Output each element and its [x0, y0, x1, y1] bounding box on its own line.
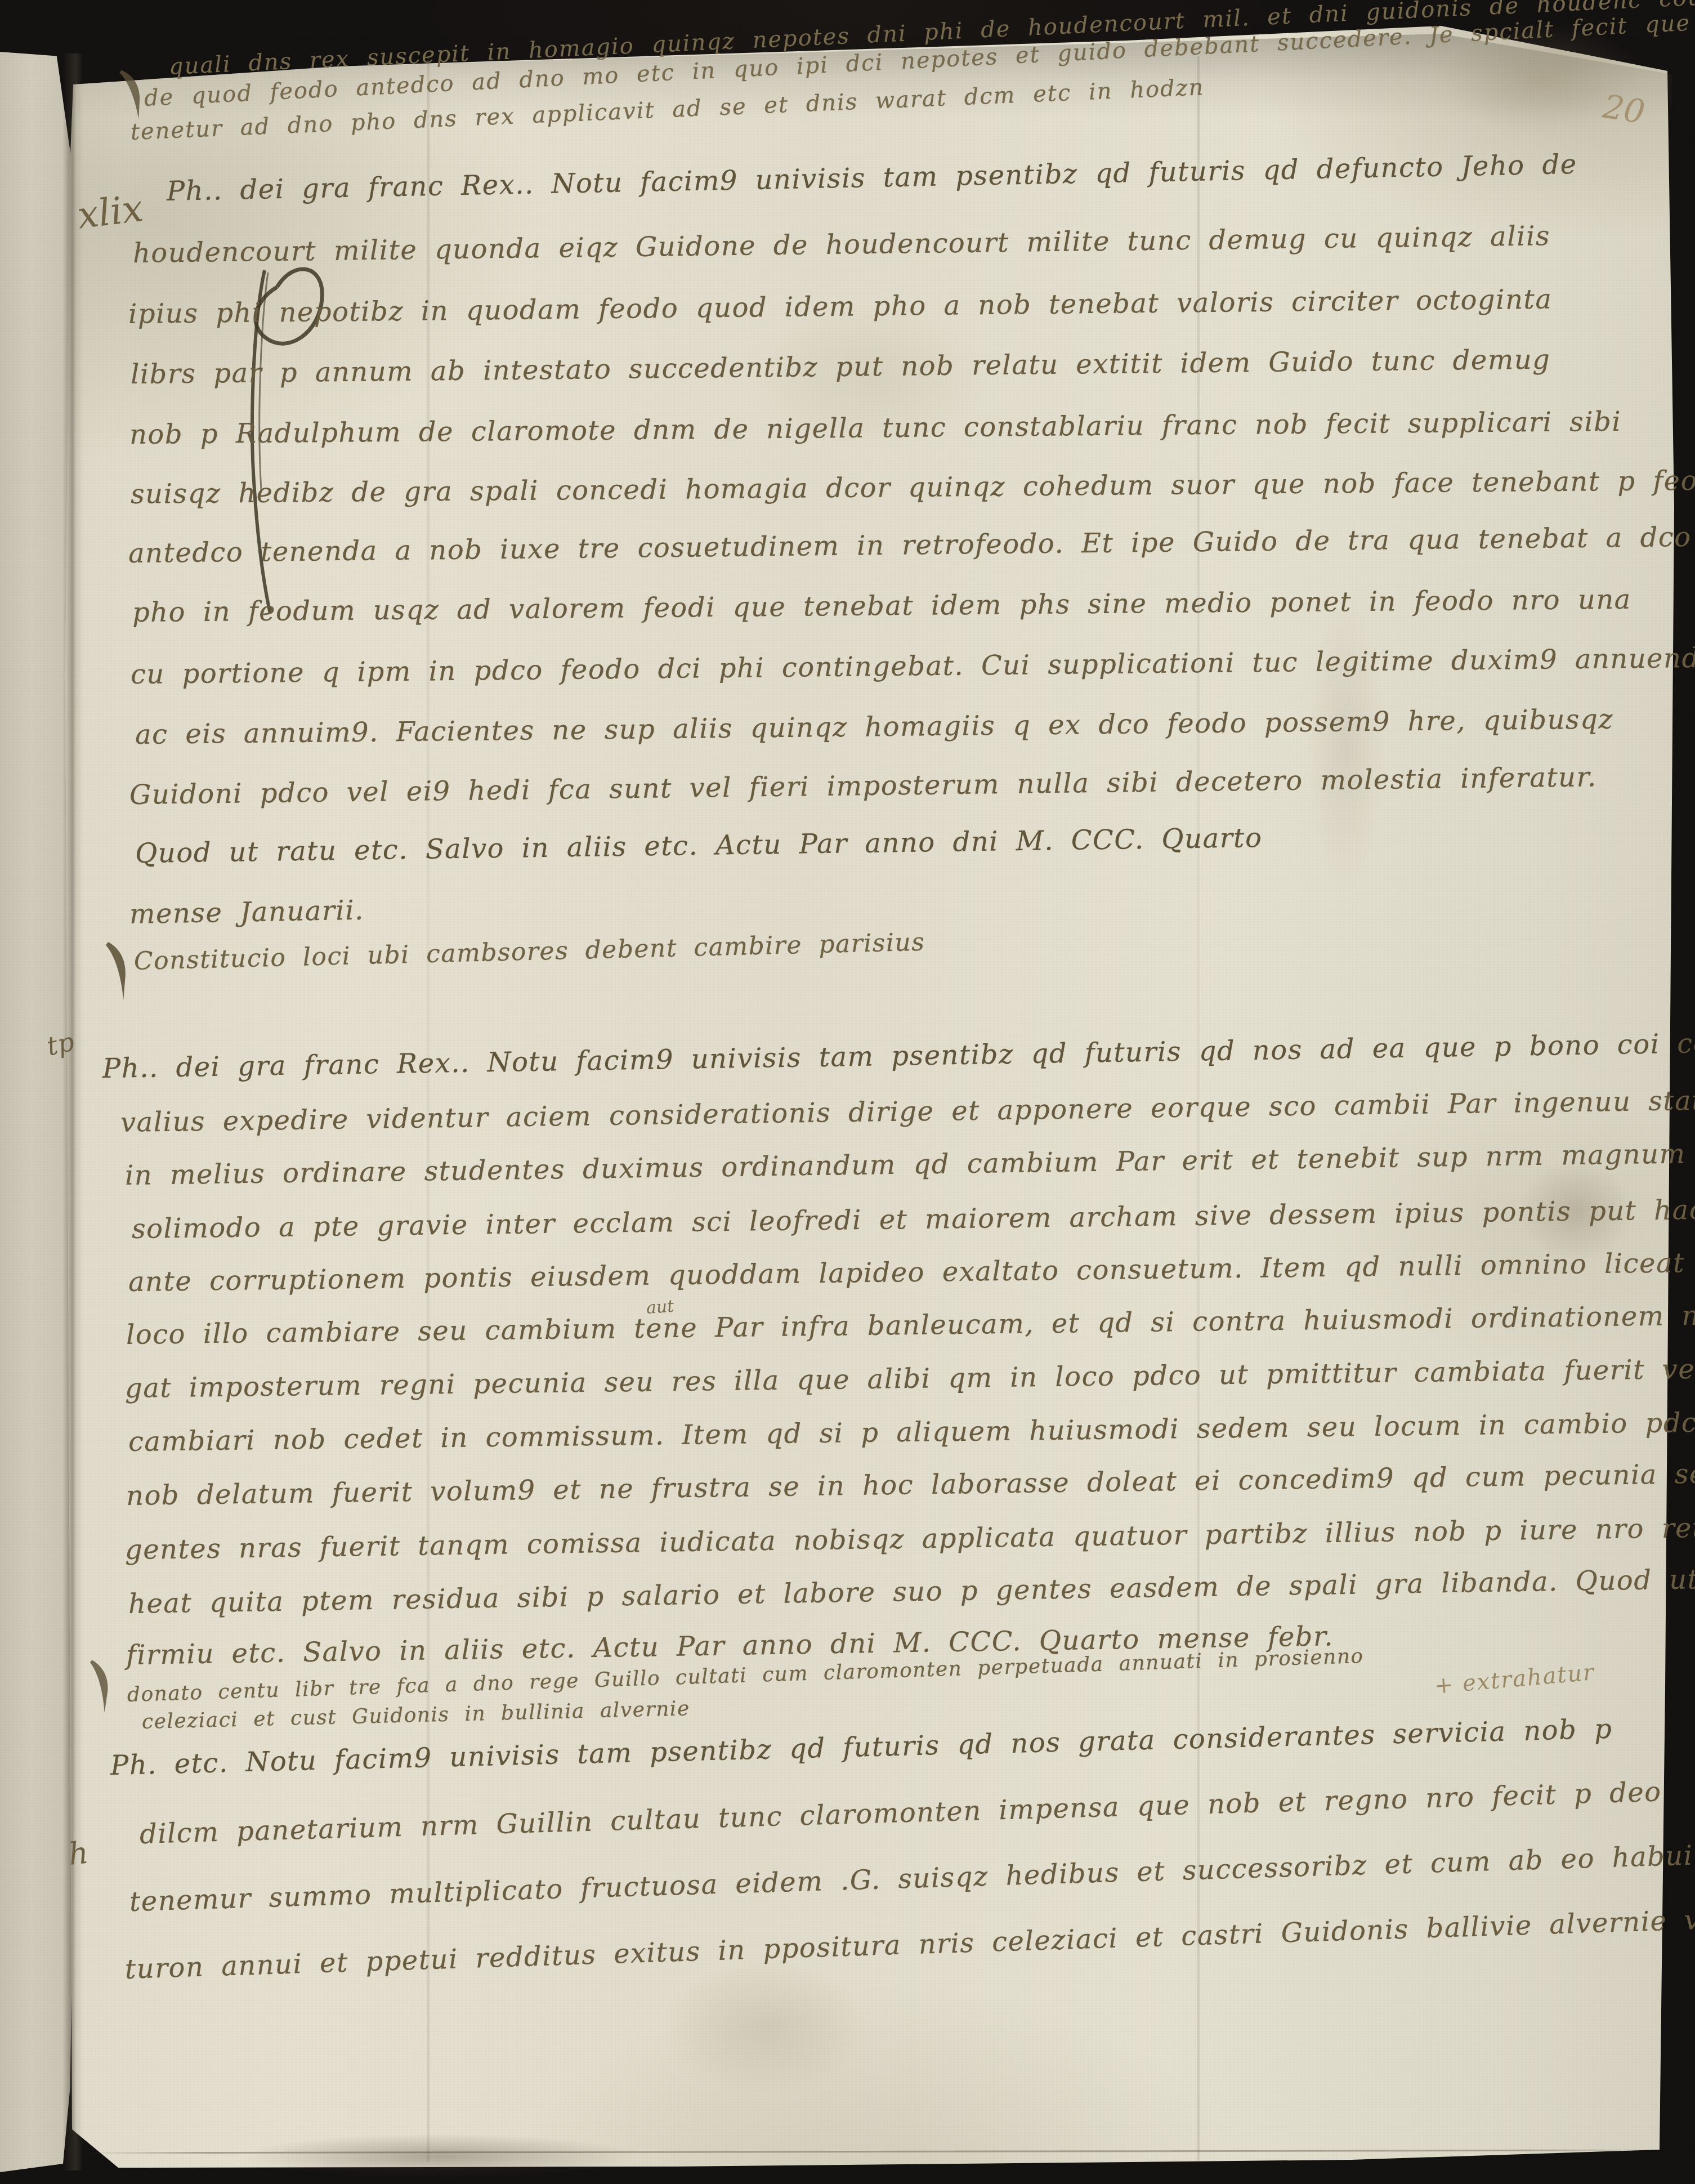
- stain: [664, 1959, 867, 2094]
- folio-number: 20: [1600, 87, 1648, 132]
- quire-mark: xlix: [75, 186, 145, 238]
- manuscript-photo: { "manuscript": { "folio_number": "20", …: [0, 0, 1695, 2184]
- stain: [1306, 597, 1385, 890]
- margin-mark-h: h: [67, 1835, 90, 1872]
- stain: [242, 2134, 636, 2179]
- act1-line: mense Januarii.: [129, 895, 365, 930]
